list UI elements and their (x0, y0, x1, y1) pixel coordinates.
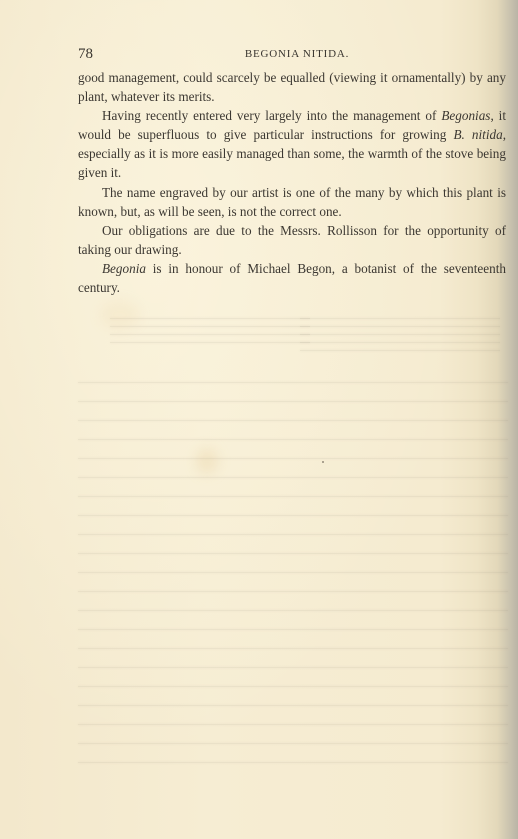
paragraph: Our obligations are due to the Messrs. R… (78, 221, 506, 259)
paragraph-continued: good management, could scarcely be equal… (78, 68, 506, 106)
paragraph: Begonia is in honour of Michael Begon, a… (78, 259, 506, 297)
italic-genus-name: Begonia (102, 261, 146, 276)
paragraph: Having recently entered very largely int… (78, 106, 506, 182)
text-run: Having recently entered very largely int… (102, 108, 441, 123)
text-run: The name engraved by our artist is one o… (78, 185, 506, 219)
italic-genus-name: Begonias (441, 108, 490, 123)
book-page: 78 BEGONIA NITIDA. good management, coul… (0, 0, 518, 839)
text-run: Our obligations are due to the Messrs. R… (78, 223, 506, 257)
italic-species-name: B. nitida (453, 127, 502, 142)
body-text: good management, could scarcely be equal… (78, 68, 506, 297)
text-run: good management, could scarcely be equal… (78, 70, 506, 104)
paragraph: The name engraved by our artist is one o… (78, 183, 506, 221)
paper-speck (322, 461, 324, 463)
paper-stain (196, 448, 218, 474)
running-head: 78 BEGONIA NITIDA. (78, 46, 506, 66)
running-head-title: BEGONIA NITIDA. (78, 48, 506, 60)
